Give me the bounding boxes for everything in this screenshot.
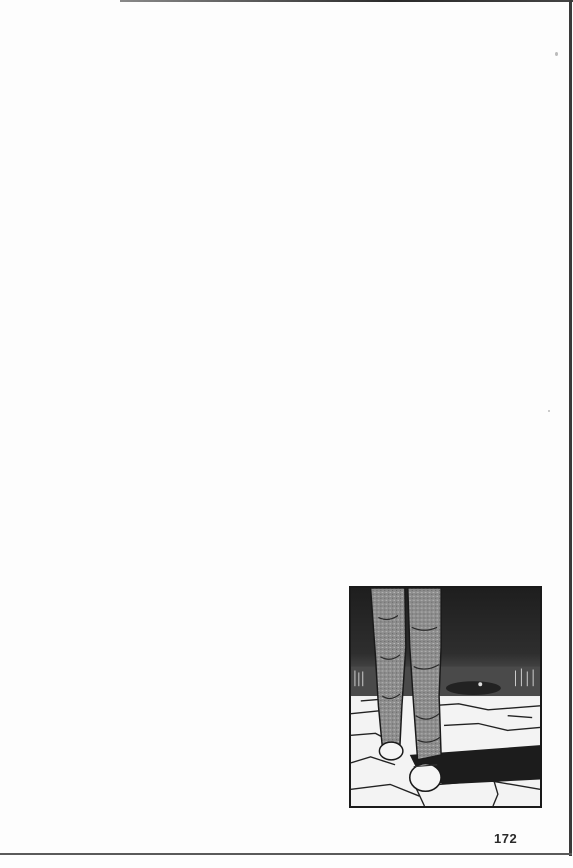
manga-page: 172 <box>0 0 573 868</box>
page-bottom-edge <box>0 853 572 855</box>
page-right-edge <box>569 0 572 856</box>
page-top-edge <box>120 0 573 2</box>
scan-speck <box>548 410 550 412</box>
panel-illustration <box>351 588 540 806</box>
comic-panel <box>349 586 542 808</box>
page-number: 172 <box>494 831 534 846</box>
scan-speck <box>555 52 558 56</box>
